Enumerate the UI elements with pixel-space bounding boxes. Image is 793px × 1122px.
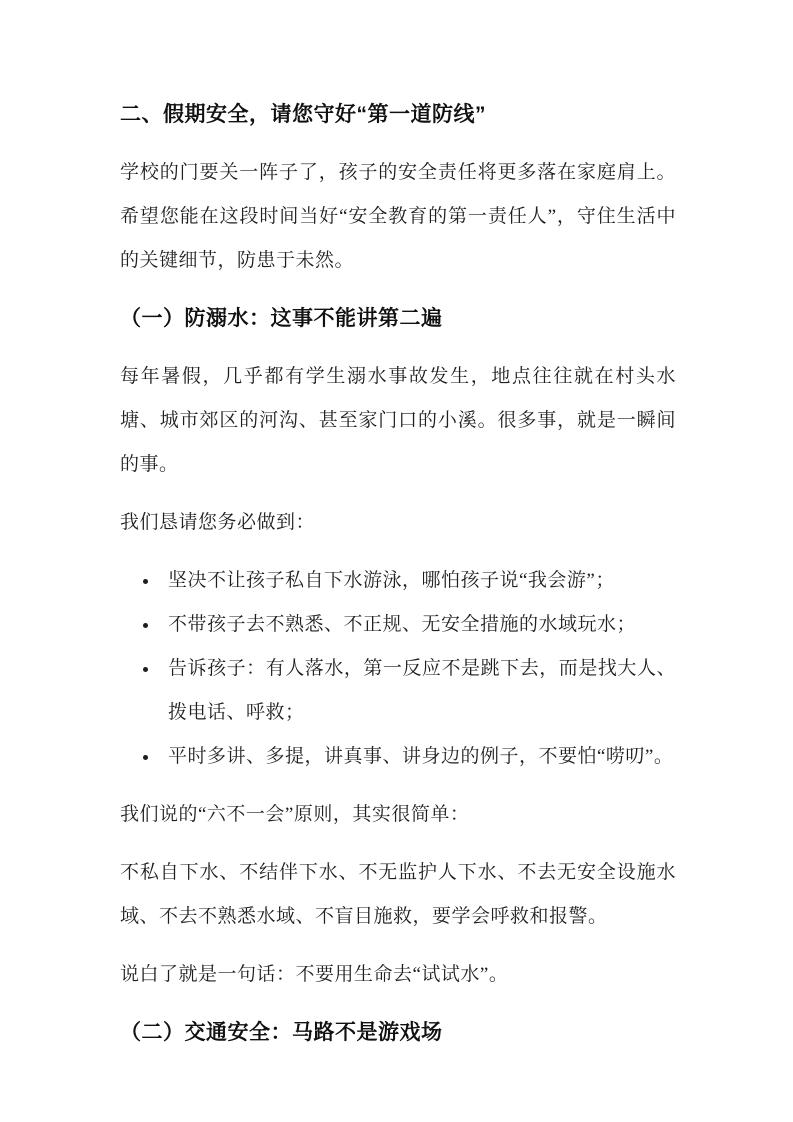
paragraph-principle: 不私自下水、不结伴下水、不无监护人下水、不去无安全设施水域、不去不熟悉水域、不盲…: [120, 851, 676, 939]
drowning-rules-list: 坚决不让孩子私自下水游泳，哪怕孩子说“我会游”； 不带孩子去不熟悉、不正规、无安…: [120, 559, 676, 779]
subsection-heading-drowning: （一）防溺水：这事不能讲第二遍: [120, 297, 676, 341]
list-item-text: 平时多讲、多提，讲真事、讲身边的例子，不要怕“唠叨”。: [168, 746, 673, 767]
section-heading-holiday-safety: 二、假期安全，请您守好“第一道防线”: [120, 93, 676, 137]
paragraph-principle-intro: 我们说的“六不一会”原则，其实很简单：: [120, 793, 676, 837]
bullet-icon: [143, 667, 148, 672]
paragraph-drowning-risk: 每年暑假，几乎都有学生溺水事故发生，地点往往就在村头水塘、城市郊区的河沟、甚至家…: [120, 355, 676, 487]
document-page: 二、假期安全，请您守好“第一道防线” 学校的门要关一阵子了，孩子的安全责任将更多…: [0, 0, 793, 1122]
list-item-text: 不带孩子去不熟悉、不正规、无安全措施的水域玩水；: [168, 614, 636, 635]
bullet-icon: [143, 579, 148, 584]
list-item: 不带孩子去不熟悉、不正规、无安全措施的水域玩水；: [120, 603, 676, 647]
subsection-heading-traffic: （二）交通安全：马路不是游戏场: [120, 1011, 676, 1055]
list-item-text: 告诉孩子：有人落水，第一反应不是跳下去，而是找大人、拨电话、呼救；: [168, 658, 676, 723]
list-item-text: 坚决不让孩子私自下水游泳，哪怕孩子说“我会游”；: [168, 570, 615, 591]
paragraph-request: 我们恳请您务必做到：: [120, 501, 676, 545]
list-item: 坚决不让孩子私自下水游泳，哪怕孩子说“我会游”；: [120, 559, 676, 603]
list-item: 告诉孩子：有人落水，第一反应不是跳下去，而是找大人、拨电话、呼救；: [120, 647, 676, 735]
list-item: 平时多讲、多提，讲真事、讲身边的例子，不要怕“唠叨”。: [120, 735, 676, 779]
paragraph-summary: 说白了就是一句话：不要用生命去“试试水”。: [120, 953, 676, 997]
paragraph-intro: 学校的门要关一阵子了，孩子的安全责任将更多落在家庭肩上。希望您能在这段时间当好“…: [120, 151, 676, 283]
bullet-icon: [143, 623, 148, 628]
bullet-icon: [143, 755, 148, 760]
